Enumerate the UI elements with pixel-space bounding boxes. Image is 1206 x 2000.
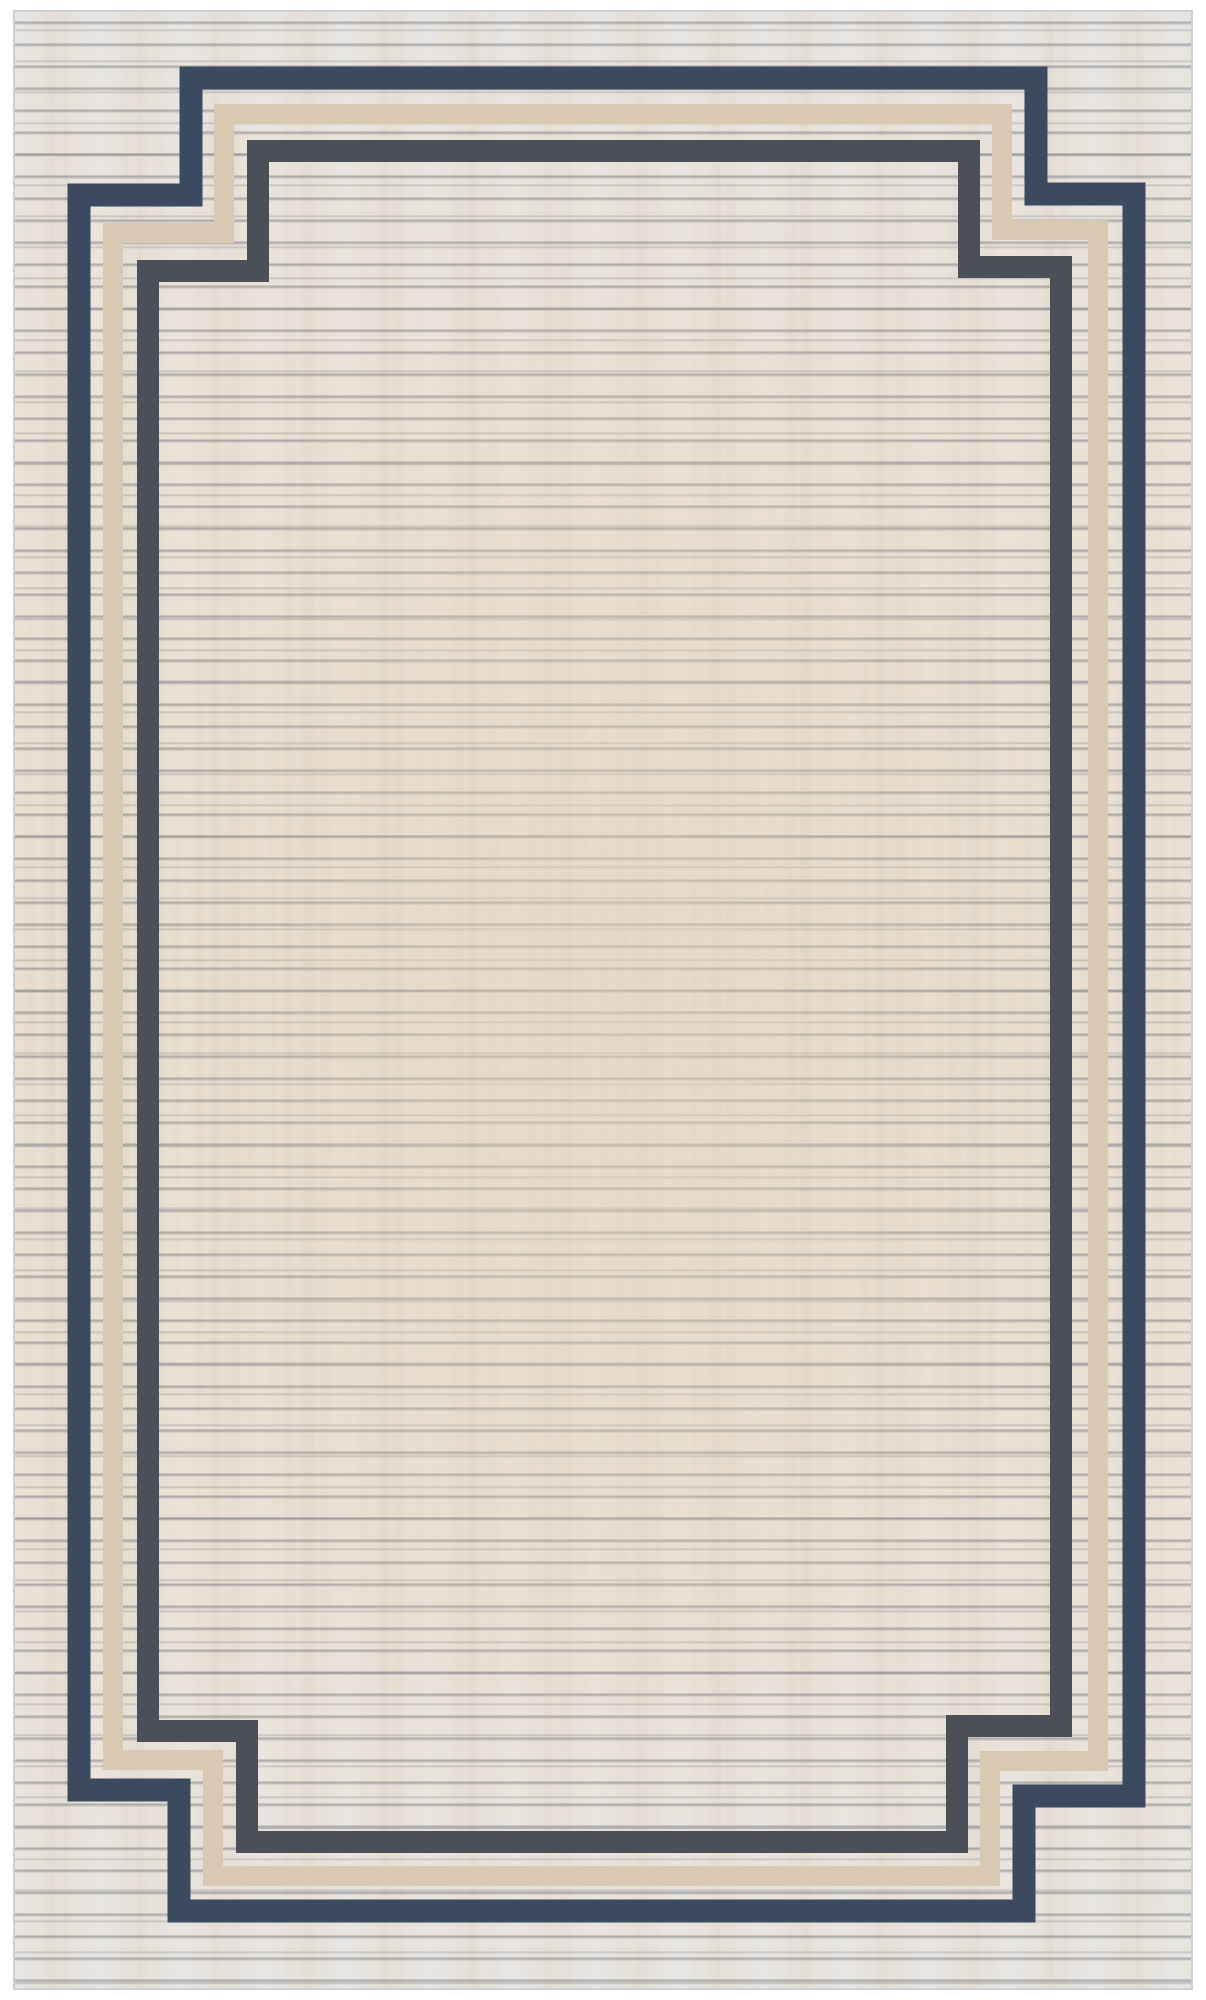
rug-border-frames: [0, 0, 1206, 2000]
beige-band-frame: [113, 114, 1098, 1876]
outer-navy-frame: [79, 78, 1134, 1911]
inner-gray-frame: [148, 151, 1061, 1842]
